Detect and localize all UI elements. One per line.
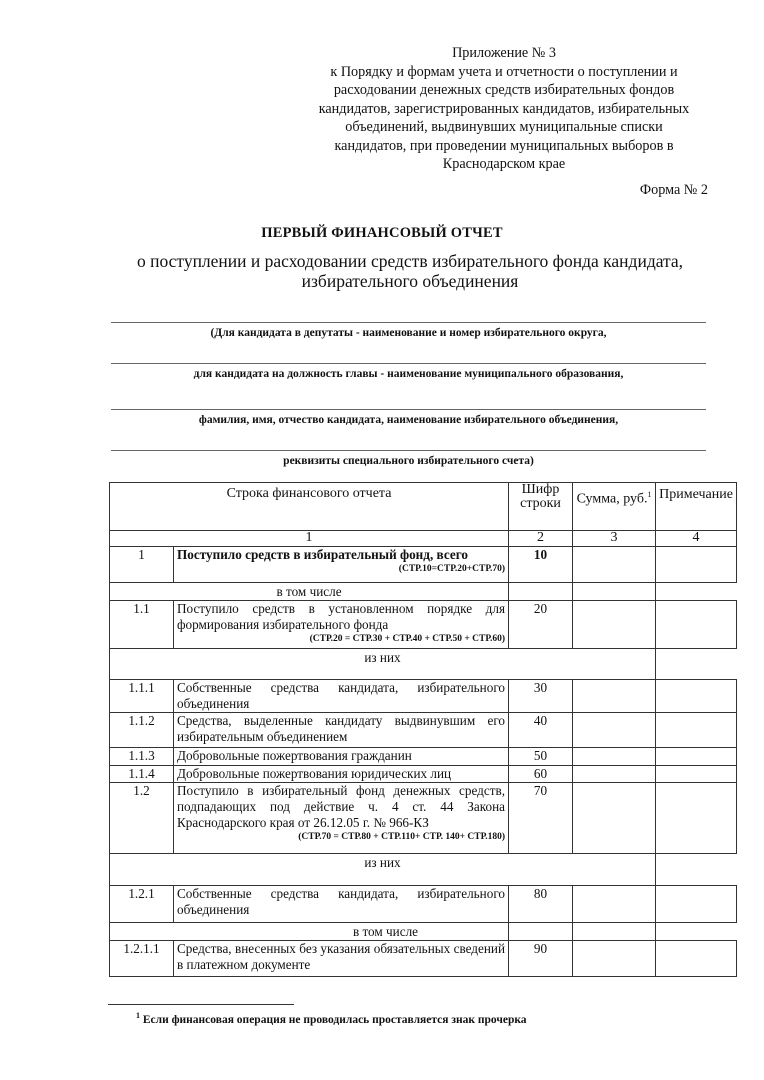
column-number-row: 1 2 3 4 (110, 531, 737, 547)
row-description: Добровольные пожертвования юридических л… (174, 766, 509, 783)
column-number: 1 (110, 531, 509, 547)
appendix-line: объединений, выдвинувших муниципальные с… (292, 118, 716, 137)
appendix-line: Краснодарском крае (292, 155, 716, 174)
row-number: 1 (110, 547, 174, 583)
sum-cell[interactable] (573, 766, 656, 783)
row-description: Собственные средства кандидата, избирате… (174, 886, 509, 923)
row-code: 20 (509, 601, 573, 649)
fill-line-municipality[interactable] (111, 363, 706, 364)
row-text: Добровольные пожертвования юридических л… (177, 766, 451, 781)
subtitle-line: о поступлении и расходовании средств изб… (110, 251, 710, 271)
column-header-line: Строка финансового отчета (110, 483, 509, 531)
document-title: ПЕРВЫЙ ФИНАНСОВЫЙ ОТЧЕТ (0, 225, 764, 242)
column-header-sum: Сумма, руб.1 (573, 483, 656, 531)
row-formula: (СТР.70 = СТР.80 + СТР.110+ СТР. 140+ СТ… (177, 831, 505, 843)
table-subheading-row: в том числе (110, 583, 737, 601)
row-code: 50 (509, 748, 573, 766)
appendix-line: кандидатов, зарегистрированных кандидато… (292, 100, 716, 119)
column-number: 2 (509, 531, 573, 547)
row-number: 1.1.3 (110, 748, 174, 766)
fill-line-candidate-name[interactable] (111, 409, 706, 410)
table-subheading-row: из них (110, 854, 737, 886)
note-cell[interactable] (656, 713, 737, 748)
row-text: Поступило средств в избирательный фонд, … (177, 547, 468, 562)
sum-cell[interactable] (573, 783, 656, 854)
fill-caption-account: реквизиты специального избирательного сч… (111, 455, 706, 467)
row-text: Поступило средств в установленном порядк… (177, 601, 505, 632)
column-number: 3 (573, 531, 656, 547)
table-subheading: в том числе (110, 923, 509, 941)
row-formula: (СТР.10=СТР.20+СТР.70) (177, 563, 505, 575)
row-text: Добровольные пожертвования гражданин (177, 748, 412, 763)
footnote-separator (108, 1004, 294, 1005)
sum-cell[interactable] (573, 941, 656, 977)
appendix-line: кандидатов, при проведении муниципальных… (292, 137, 716, 156)
table-row: 1.1.2Средства, выделенные кандидату выдв… (110, 713, 737, 748)
row-number: 1.2.1 (110, 886, 174, 923)
row-text: Собственные средства кандидата, избирате… (177, 680, 505, 711)
note-cell[interactable] (573, 583, 656, 601)
row-code: 70 (509, 783, 573, 854)
note-cell[interactable] (573, 923, 656, 941)
table-row: 1.1.1Собственные средства кандидата, изб… (110, 680, 737, 713)
sum-cell[interactable] (573, 886, 656, 923)
footnote-text: Если финансовая операция не проводилась … (143, 1014, 527, 1026)
row-code: 60 (509, 766, 573, 783)
row-number: 1.1.2 (110, 713, 174, 748)
table-subheading-row: из них (110, 649, 737, 680)
row-text: Средства, выделенные кандидату выдвинувш… (177, 713, 505, 744)
row-description: Поступило в избирательный фонд денежных … (174, 783, 509, 854)
financial-report-table: Строка финансового отчета Шифр строки Су… (109, 482, 737, 977)
row-description: Собственные средства кандидата, избирате… (174, 680, 509, 713)
note-cell[interactable] (656, 680, 737, 713)
sum-footnote-mark: 1 (647, 490, 651, 499)
row-number: 1.2 (110, 783, 174, 854)
appendix-reference: Приложение № 3 к Порядку и формам учета … (292, 44, 716, 174)
table-row: 1.1.4Добровольные пожертвования юридичес… (110, 766, 737, 783)
note-cell[interactable] (656, 783, 737, 854)
row-description: Средства, выделенные кандидату выдвинувш… (174, 713, 509, 748)
row-description: Средства, внесенных без указания обязате… (174, 941, 509, 977)
row-code: 90 (509, 941, 573, 977)
row-code: 30 (509, 680, 573, 713)
sum-cell[interactable] (573, 601, 656, 649)
sum-cell[interactable] (509, 923, 573, 941)
row-number: 1.1.4 (110, 766, 174, 783)
row-formula: (СТР.20 = СТР.30 + СТР.40 + СТР.50 + СТР… (177, 633, 505, 645)
table-row: 1.1.3Добровольные пожертвования граждани… (110, 748, 737, 766)
row-code: 80 (509, 886, 573, 923)
fill-line-district[interactable] (111, 322, 706, 323)
sum-label: Сумма, руб. (577, 492, 648, 507)
appendix-line: к Порядку и формам учета и отчетности о … (292, 63, 716, 82)
appendix-line: расходовании денежных средств избиратель… (292, 81, 716, 100)
sum-cell[interactable] (573, 547, 656, 583)
column-header-note: Примечание (656, 483, 737, 531)
row-code: 40 (509, 713, 573, 748)
row-text: Собственные средства кандидата, избирате… (177, 886, 505, 917)
row-code: 10 (509, 547, 573, 583)
table-row: 1.1Поступило средств в установленном пор… (110, 601, 737, 649)
row-description: Поступило средств в установленном порядк… (174, 601, 509, 649)
table-subheading: в том числе (110, 583, 509, 601)
row-text: Поступило в избирательный фонд денежных … (177, 783, 505, 830)
note-cell[interactable] (656, 748, 737, 766)
note-cell[interactable] (656, 601, 737, 649)
fill-caption-district: (Для кандидата в депутаты - наименование… (111, 327, 706, 339)
sum-cell[interactable] (509, 583, 573, 601)
row-number: 1.1 (110, 601, 174, 649)
sum-cell[interactable] (573, 680, 656, 713)
table-subheading-row: в том числе (110, 923, 737, 941)
document-subtitle: о поступлении и расходовании средств изб… (110, 251, 710, 291)
subtitle-line: избирательного объединения (110, 271, 710, 291)
row-number: 1.1.1 (110, 680, 174, 713)
column-header-code: Шифр строки (509, 483, 573, 531)
sum-cell[interactable] (573, 748, 656, 766)
note-cell[interactable] (656, 941, 737, 977)
row-description: Поступило средств в избирательный фонд, … (174, 547, 509, 583)
fill-caption-municipality: для кандидата на должность главы - наиме… (111, 368, 706, 380)
form-number: Форма № 2 (640, 182, 708, 199)
row-description: Добровольные пожертвования гражданин (174, 748, 509, 766)
table-subheading: из них (110, 649, 656, 680)
table-subheading: из них (110, 854, 656, 886)
sum-cell[interactable] (573, 713, 656, 748)
column-number: 4 (656, 531, 737, 547)
table-row: 1.2.1Собственные средства кандидата, изб… (110, 886, 737, 923)
table-header-row: Строка финансового отчета Шифр строки Су… (110, 483, 737, 531)
table-row: 1.2.1.1Средства, внесенных без указания … (110, 941, 737, 977)
footnote: 1 Если финансовая операция не проводилас… (136, 1011, 527, 1026)
table-row: 1Поступило средств в избирательный фонд,… (110, 547, 737, 583)
note-cell[interactable] (656, 886, 737, 923)
row-number: 1.2.1.1 (110, 941, 174, 977)
note-cell[interactable] (656, 547, 737, 583)
row-text: Средства, внесенных без указания обязате… (177, 941, 505, 972)
fill-line-account[interactable] (111, 450, 706, 451)
fill-caption-candidate-name: фамилия, имя, отчество кандидата, наимен… (111, 414, 706, 426)
footnote-mark: 1 (136, 1011, 140, 1020)
table-row: 1.2Поступило в избирательный фонд денежн… (110, 783, 737, 854)
note-cell[interactable] (656, 766, 737, 783)
appendix-line: Приложение № 3 (292, 44, 716, 63)
